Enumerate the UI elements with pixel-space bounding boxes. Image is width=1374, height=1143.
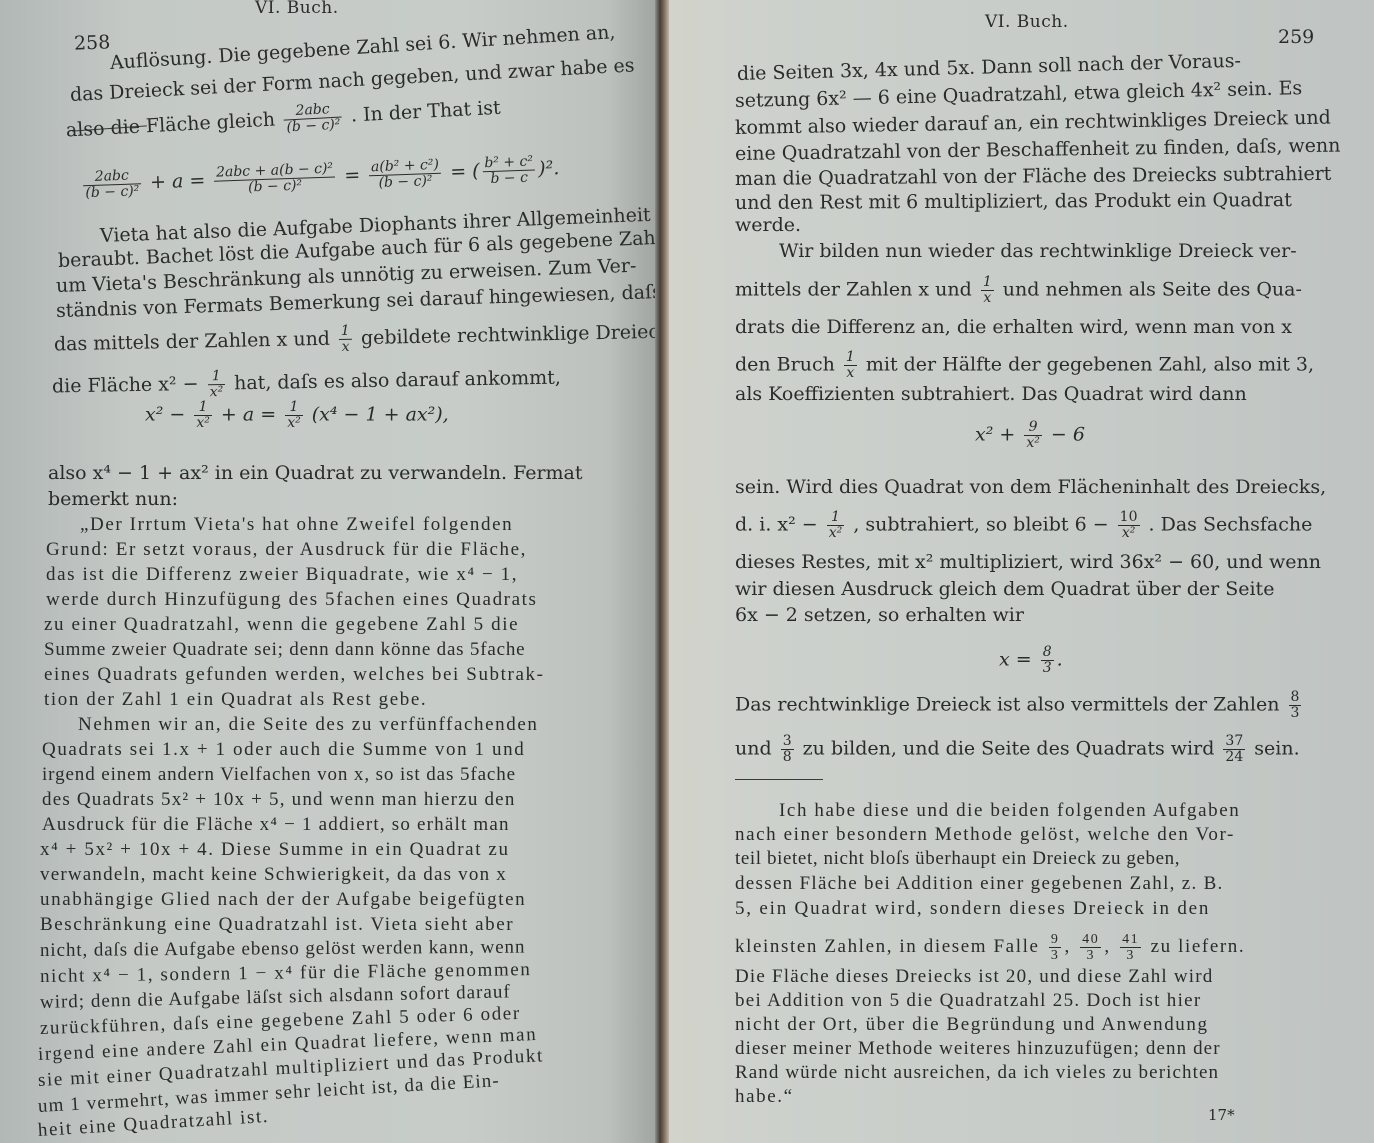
text-line: eine Quadratzahl von der Beschaffenheit … xyxy=(735,135,1341,165)
text-line: Grund: Er setzt voraus, der Ausdruck für… xyxy=(46,539,527,561)
text-line: 5, ein Quadrat wird, sondern dieses Drei… xyxy=(735,898,1210,920)
text-line: das ist die Differenz zweier Biquadrate,… xyxy=(46,564,518,586)
page-number-right: 259 xyxy=(1278,26,1314,48)
text-line: also x⁴ − 1 + ax² in ein Quadrat zu verw… xyxy=(48,462,583,484)
text-line: Quadrats sei 1.x + 1 oder auch die Summe… xyxy=(42,739,525,761)
text-line: tion der Zahl 1 ein Quadrat als Rest geb… xyxy=(44,689,427,711)
text-line: das mittels der Zahlen x und 1x gebildet… xyxy=(54,317,660,361)
text-line: Die Fläche dieses Dreiecks ist 20, und d… xyxy=(735,966,1213,988)
running-head-left: VI. Buch. xyxy=(255,0,339,18)
text-line: mittels der Zahlen x und 1x und nehmen a… xyxy=(735,275,1302,306)
text-line: dessen Fläche bei Addition einer gegeben… xyxy=(735,873,1224,895)
equation-square: x² + 9x² − 6 xyxy=(975,420,1085,451)
text-line: werde durch Hinzufügung des 5fachen eine… xyxy=(46,589,538,611)
text-line: verwandeln, macht keine Schwierigkeit, d… xyxy=(40,864,507,886)
equation-1: 2abc(b − c)² + a = 2abc + a(b − c)²(b − … xyxy=(80,154,560,202)
text-line: des Quadrats 5x² + 10x + 5, und wenn man… xyxy=(42,789,516,811)
text-line: d. i. x² − 1x² , subtrahiert, so bleibt … xyxy=(735,510,1312,541)
text-line: dieses Restes, mit x² multipliziert, wir… xyxy=(735,551,1321,573)
page-number-left: 258 xyxy=(74,31,111,54)
text-line: kommt also wieder darauf an, ein rechtwi… xyxy=(735,107,1331,139)
text-line: und 38 zu bilden, und die Seite des Quad… xyxy=(735,734,1300,765)
text-line: und den Rest mit 6 multipliziert, das Pr… xyxy=(735,189,1292,214)
text-line: Ich habe diese und die beiden folgenden … xyxy=(779,800,1240,822)
text-line: sein. Wird dies Quadrat von dem Flächeni… xyxy=(735,476,1326,498)
text-line: 6x − 2 setzen, so erhalten wir xyxy=(735,604,1024,626)
text-line: habe.“ xyxy=(735,1086,794,1108)
text-line: „Der Irrtum Vieta's hat ohne Zweifel fol… xyxy=(80,514,513,536)
text-line: Das rechtwinklige Dreieck ist also vermi… xyxy=(735,690,1304,721)
fraction: 2abc(b − c)² xyxy=(283,102,343,136)
text-line: den Bruch 1x mit der Hälfte der gegebene… xyxy=(735,350,1314,381)
text-line: Nehmen wir an, die Seite des zu verfünff… xyxy=(78,714,539,736)
section-rule xyxy=(735,779,823,780)
text-line: eines Quadrats gefunden werden, welches … xyxy=(44,664,545,686)
text-line: Beschränkung eine Quadratzahl ist. Vieta… xyxy=(40,914,514,936)
text-line: nach einer besondern Methode gelöst, wel… xyxy=(735,824,1235,846)
text-line: zu einer Quadratzahl, wenn die gegebene … xyxy=(44,614,519,636)
text-line: die Fläche x² − 1x² hat, daſs es also da… xyxy=(52,363,561,403)
equation-x: x = 83. xyxy=(999,645,1063,676)
signature-mark: 17* xyxy=(1208,1106,1235,1124)
text-line: dieser meiner Methode weiteres hinzuzufü… xyxy=(735,1038,1221,1060)
text-line: kleinsten Zahlen, in diesem Falle 93, 40… xyxy=(735,932,1245,963)
text-line: Ausdruck für die Fläche x⁴ − 1 addiert, … xyxy=(42,814,510,836)
text-line: teil bietet, nicht bloſs überhaupt ein D… xyxy=(735,848,1180,870)
running-head-right: VI. Buch. xyxy=(985,12,1069,32)
text-line: Rand würde nicht ausreichen, da ich viel… xyxy=(735,1062,1219,1084)
text-line: bei Addition von 5 die Quadratzahl 25. D… xyxy=(735,990,1202,1012)
text-line: werde. xyxy=(735,214,801,236)
text-line: irgend einem andern Vielfachen von x, so… xyxy=(42,764,516,786)
text-line: als Koeffizienten subtrahiert. Das Quadr… xyxy=(735,383,1247,405)
text-line: unabhängige Glied nach der der Aufgabe b… xyxy=(40,889,526,911)
text-line: bemerkt nun: xyxy=(48,488,178,510)
text-line: Summe zweier Quadrate sei; denn dann kön… xyxy=(44,639,525,661)
text-line: nicht, daſs die Aufgabe ebenso gelöst we… xyxy=(40,937,525,962)
right-page: VI. Buch. 259 die Seiten 3x, 4x und 5x. … xyxy=(669,0,1374,1143)
left-page: VI. Buch. 258 Auflösung. Die gegebene Za… xyxy=(0,0,660,1143)
text-line: wir diesen Ausdruck gleich dem Quadrat ü… xyxy=(735,578,1274,600)
equation-2: x² − 1x² + a = 1x² (x⁴ − 1 + ax²), xyxy=(145,400,449,431)
text-line: x⁴ + 5x² + 10x + 4. Diese Summe in ein Q… xyxy=(40,839,510,861)
text-line: drats die Differenz an, die erhalten wir… xyxy=(735,316,1292,338)
text-line: nicht der Ort, über die Begründung und A… xyxy=(735,1014,1209,1036)
book-gutter xyxy=(655,0,669,1143)
text-line: man die Quadratzahl von der Fläche des D… xyxy=(735,163,1332,190)
text-line: Wir bilden nun wieder das rechtwinklige … xyxy=(779,240,1297,262)
